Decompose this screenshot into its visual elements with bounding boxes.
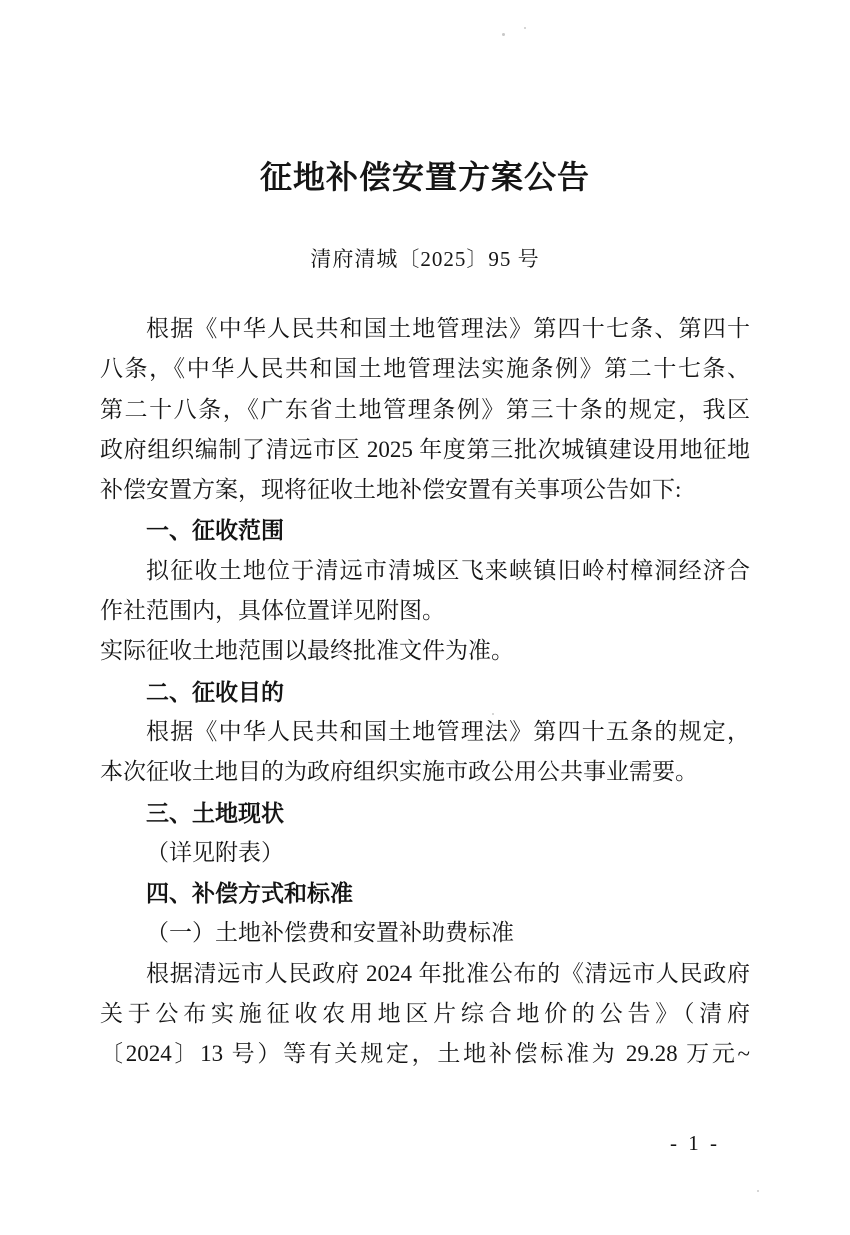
doc-line: 根据清远市人民政府 2024 年批准公布的《清远市人民政府	[100, 954, 750, 994]
doc-line: 拟征收土地位于清远市清城区飞来峡镇旧岭村樟洞经济合	[100, 551, 750, 591]
doc-line: 根据《中华人民共和国土地管理法》第四十五条的规定，	[100, 712, 750, 752]
document-title: 征地补偿安置方案公告	[0, 152, 850, 198]
doc-line: 补偿安置方案，现将征收土地补偿安置有关事项公告如下:	[100, 470, 750, 510]
scan-speck	[757, 1190, 759, 1192]
section-heading-2: 二、征收目的	[100, 672, 750, 712]
doc-line: 〔2024〕13 号）等有关规定，土地补偿标准为 29.28 万元~	[100, 1034, 750, 1074]
sub-heading: （一）土地补偿费和安置补助费标准	[100, 913, 750, 953]
section-heading-4: 四、补偿方式和标准	[100, 873, 750, 913]
doc-line: （详见附表）	[100, 833, 750, 873]
doc-line: 八条，《中华人民共和国土地管理法实施条例》第二十七条、	[100, 349, 750, 389]
page-number: - 1 -	[670, 1131, 720, 1156]
document-page: 征地补偿安置方案公告 清府清城〔2025〕95 号 根据《中华人民共和国土地管理…	[0, 0, 850, 1235]
section-heading-3: 三、土地现状	[100, 793, 750, 833]
doc-line: 本次征收土地目的为政府组织实施市政公用公共事业需要。	[100, 752, 750, 792]
doc-line: 作社范围内，具体位置详见附图。	[100, 591, 750, 631]
document-number: 清府清城〔2025〕95 号	[0, 243, 850, 273]
doc-line: 政府组织编制了清远市区 2025 年度第三批次城镇建设用地征地	[100, 430, 750, 470]
doc-line: 根据《中华人民共和国土地管理法》第四十七条、第四十	[100, 309, 750, 349]
doc-line: 实际征收土地范围以最终批准文件为准。	[100, 631, 750, 671]
doc-line: 关于公布实施征收农用地区片综合地价的公告》（清府	[100, 994, 750, 1034]
scan-speck	[502, 33, 505, 36]
section-heading-1: 一、征收范围	[100, 510, 750, 550]
document-body: 根据《中华人民共和国土地管理法》第四十七条、第四十 八条，《中华人民共和国土地管…	[100, 309, 750, 1075]
scan-speck	[524, 27, 526, 29]
doc-line: 第二十八条，《广东省土地管理条例》第三十条的规定，我区	[100, 390, 750, 430]
